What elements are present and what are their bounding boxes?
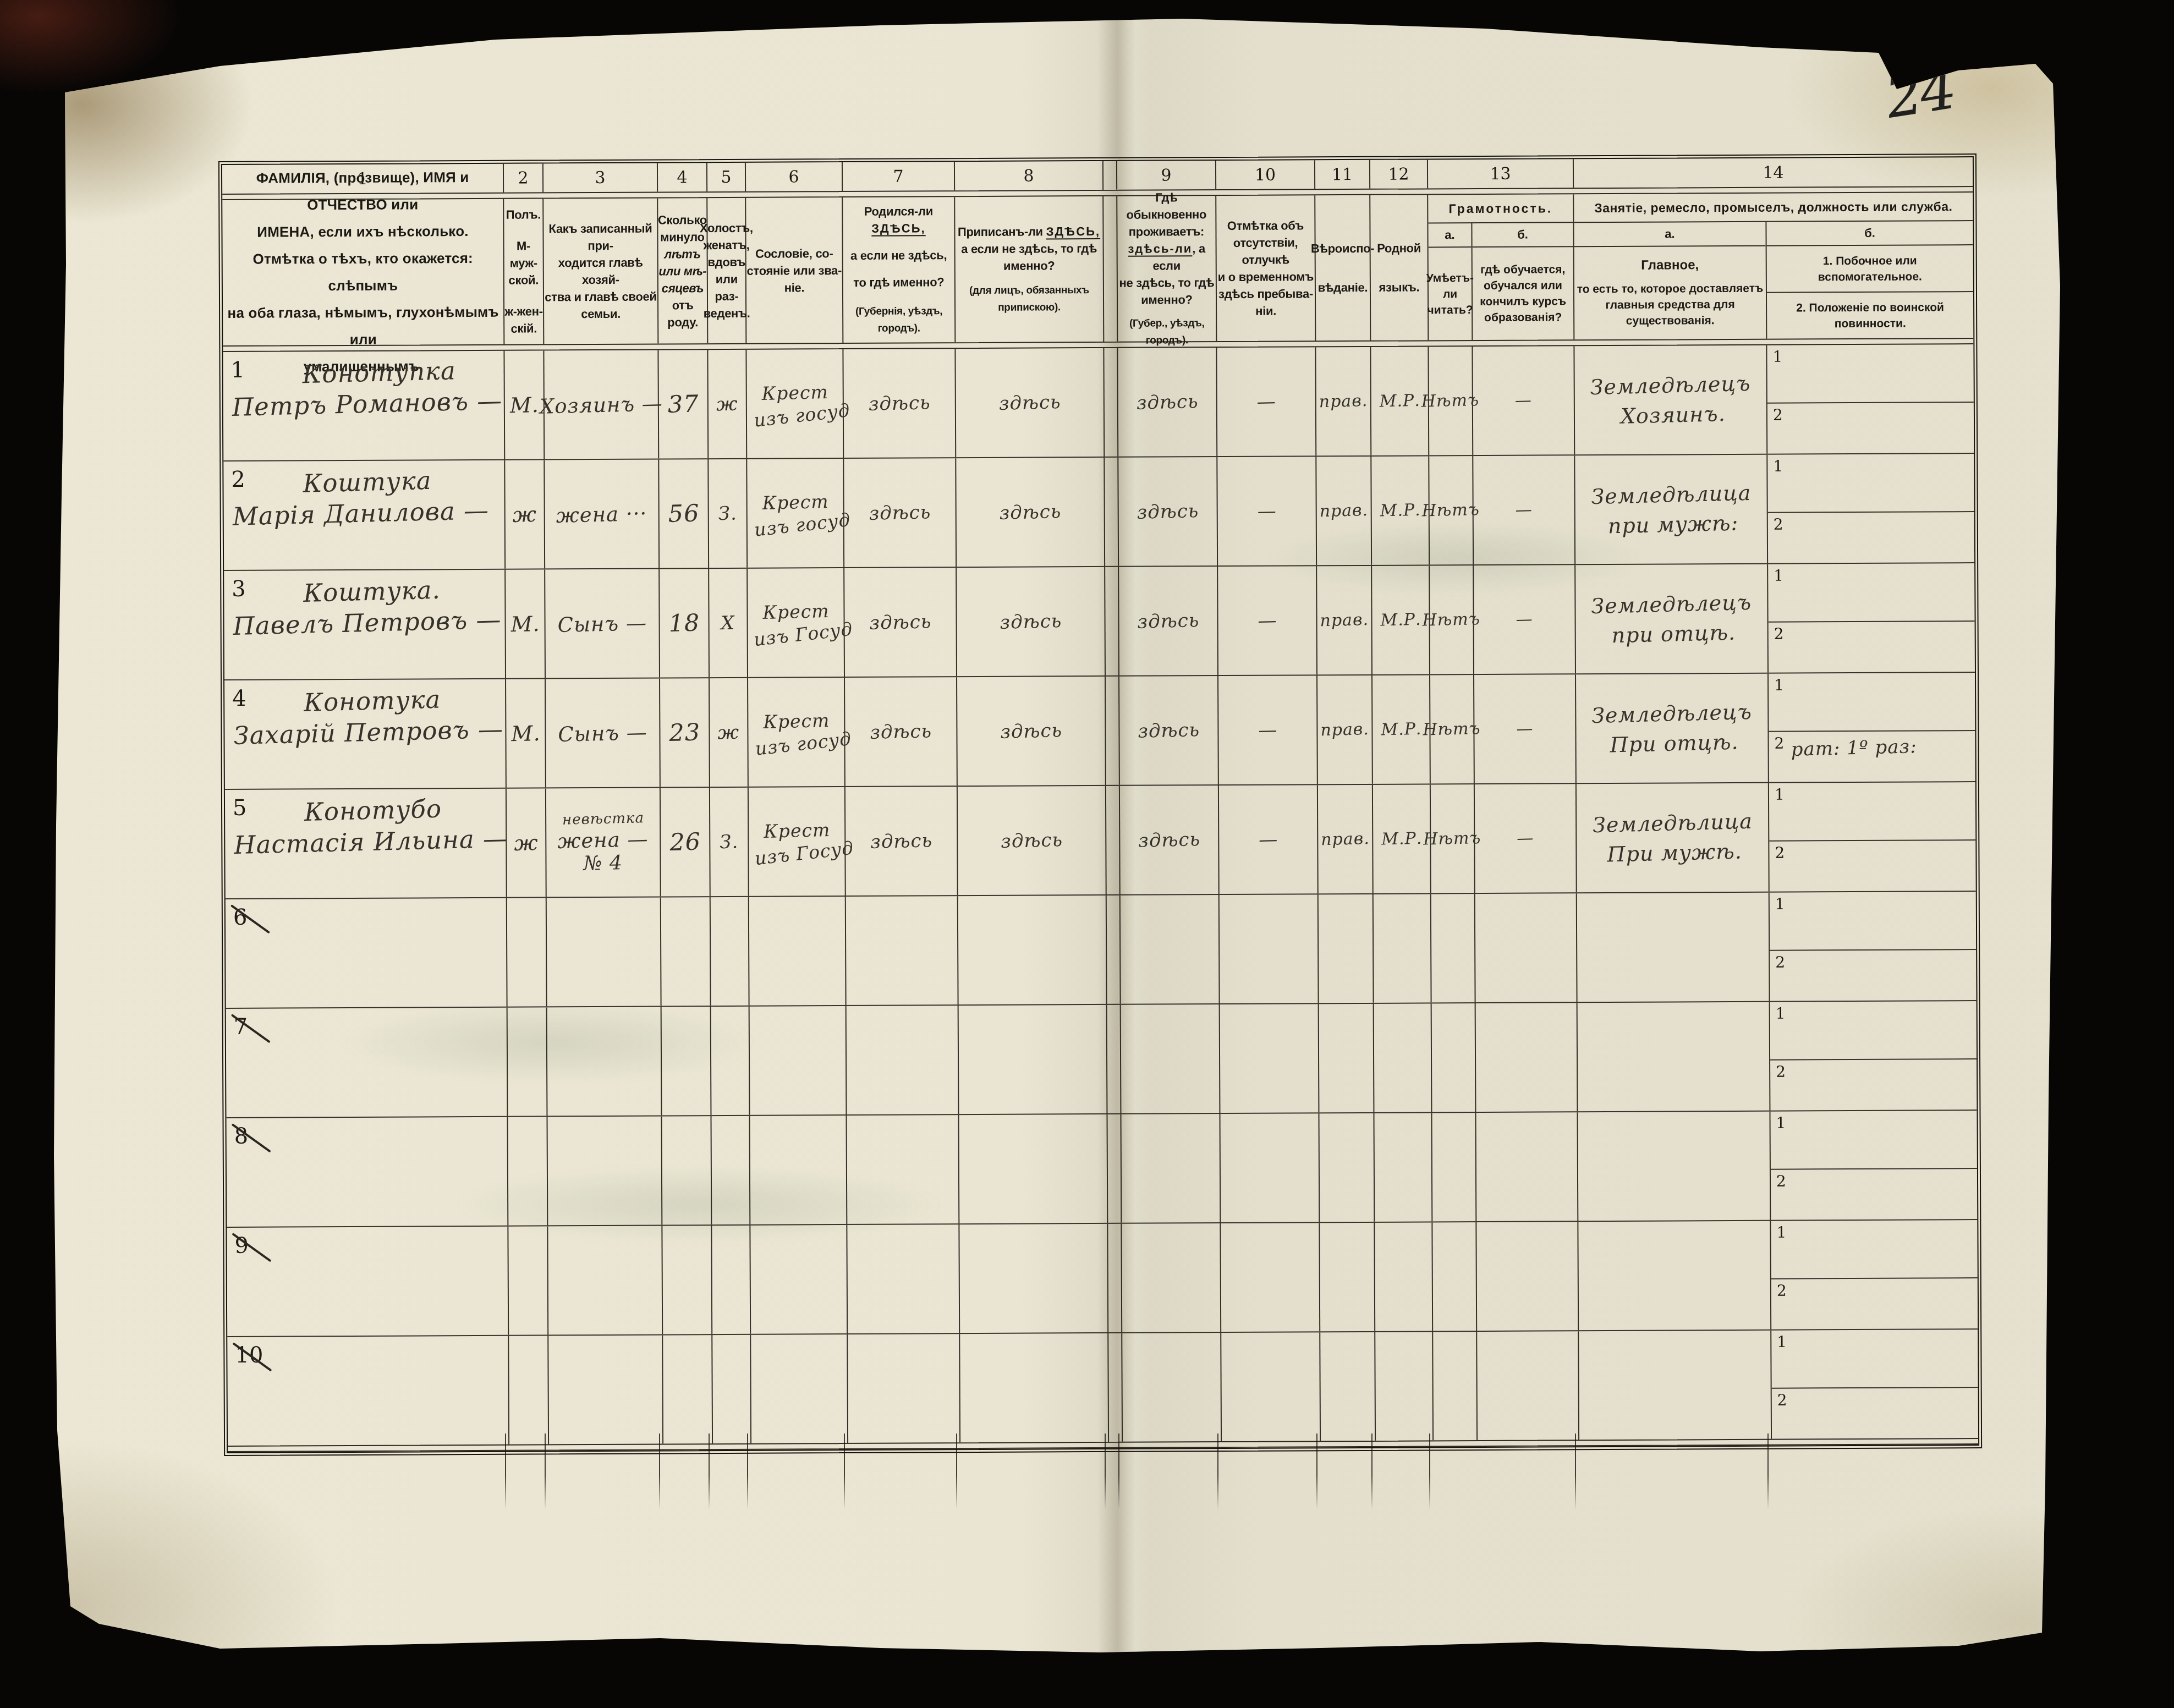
relation-cell: Хозяинъ — — [544, 350, 659, 459]
relation-cell — [548, 1335, 663, 1444]
education-cell: — — [1475, 784, 1577, 893]
absence-cell — [1220, 1113, 1320, 1222]
relation-cell — [548, 1226, 663, 1334]
absence-cell: — — [1217, 347, 1316, 456]
header-name-column: ФАМИЛІЯ, (прозвище), ИМЯ и ОТЧЕСТВО или … — [222, 199, 504, 345]
row-number: 5 — [233, 795, 247, 821]
person-cell: 5 Конотубо Настасія Ильина — — [225, 789, 507, 898]
registered-here-cell — [959, 1005, 1108, 1114]
born-here-cell — [847, 1224, 960, 1333]
person-cell: 9 — [227, 1227, 509, 1336]
age-cell — [661, 897, 711, 1006]
side-occupation-cell: 1 2 — [1770, 892, 1977, 1001]
faith-cell — [1319, 1004, 1375, 1112]
given-name-entry: Настасія Ильина — — [234, 823, 509, 860]
registered-here-cell — [960, 1333, 1109, 1442]
col-number: 7 — [843, 162, 955, 191]
can-read-cell: Нѣтъ — [1429, 456, 1474, 564]
registered-here-cell — [959, 1224, 1108, 1333]
table-row: 1 Конотупка Петръ Романовъ — М. Хозяинъ … — [223, 344, 1974, 460]
surname-entry: Конотубо — [304, 794, 442, 827]
side-occupation-cell: 1 2 — [1771, 1220, 1978, 1330]
marital-cell: Х — [709, 569, 748, 677]
military-status-sub2: 2 — [1769, 622, 1975, 672]
education-cell: — — [1473, 455, 1575, 564]
relation-cell — [547, 1116, 662, 1225]
col-number: 8 — [955, 161, 1104, 190]
marital-cell: ж — [708, 350, 747, 458]
fold-gutter — [1107, 1114, 1122, 1223]
born-here-cell — [847, 1006, 959, 1114]
can-read-cell — [1432, 1222, 1477, 1331]
military-status-sub2: 2 — [1770, 1059, 1977, 1110]
fold-gutter — [1104, 348, 1118, 457]
row-number: 3 — [232, 576, 246, 602]
side-occupation-sub1: 1 — [1770, 892, 1976, 951]
sex-cell — [508, 1226, 548, 1334]
surname-entry: Конотупка — [302, 356, 456, 389]
side-occupation-sub1: 1 — [1770, 1001, 1977, 1061]
age-cell: 18 — [660, 569, 710, 677]
can-read-cell: Нѣтъ — [1429, 347, 1473, 455]
age-cell — [662, 1116, 712, 1224]
residence-cell — [1121, 1114, 1221, 1223]
person-cell: 8 — [226, 1117, 508, 1227]
residence-cell — [1121, 1004, 1221, 1113]
can-read-cell: Нѣтъ — [1430, 675, 1475, 783]
relation-cell: Сынъ — — [545, 569, 660, 678]
main-occupation-cell — [1577, 893, 1770, 1002]
age-cell: 26 — [661, 788, 711, 896]
fold-gutter — [1107, 1005, 1122, 1113]
surname-entry: Коштука — [303, 466, 432, 498]
faith-cell: прав. — [1317, 675, 1373, 784]
marital-cell — [711, 1007, 750, 1115]
col-number: 4 — [658, 163, 707, 191]
header-residence: Гдѣ обыкновенно проживаетъ: здѣсь-ли, а … — [1117, 196, 1217, 342]
can-read-cell — [1431, 894, 1476, 1002]
table-row: 6 — [226, 891, 1977, 1008]
given-name-entry: Захарій Петровъ — — [233, 715, 504, 750]
faith-cell — [1320, 1223, 1375, 1331]
born-here-cell: здѣсь — [844, 458, 957, 567]
registered-here-cell: здѣсь — [957, 567, 1106, 676]
absence-cell: — — [1219, 785, 1319, 894]
fold-gutter — [1105, 567, 1119, 675]
col-number: 11 — [1315, 160, 1370, 189]
main-occupation-cell: Земледѣлица при мужѣ: — [1575, 455, 1768, 564]
relation-cell: невѣстка жена — № 4 — [546, 788, 661, 897]
relation-cell — [547, 897, 662, 1006]
age-cell — [663, 1335, 713, 1443]
residence-cell — [1121, 895, 1220, 1004]
estate-cell: Крест изъ госуд — [748, 678, 846, 787]
residence-cell — [1122, 1333, 1222, 1442]
header-literacy-group: Грамотность. а. Умѣетъ- ли читать? б. — [1428, 194, 1574, 340]
language-cell — [1374, 1003, 1432, 1112]
fold-gutter — [1105, 458, 1119, 566]
surname-entry: Конотука — [304, 685, 441, 717]
faith-cell — [1319, 894, 1374, 1003]
side-occupation-cell: 1 2 — [1771, 1330, 1978, 1439]
header-literacy-b: б. гдѣ обучается, обучался или кончилъ к… — [1472, 223, 1573, 340]
education-cell — [1477, 1331, 1579, 1440]
header-marital: Холостъ, женатъ, вдовъ или раз- веденъ. — [707, 198, 746, 343]
census-table: 1 2 3 4 5 6 7 8 9 10 11 12 13 14 ФАМИЛІ — [218, 153, 1982, 1456]
table-row: 4 Конотука Захарій Петровъ — М. Сынъ — 2… — [224, 672, 1975, 789]
age-cell — [662, 1007, 712, 1115]
residence-cell: здѣсь — [1119, 567, 1218, 675]
table-row: 10 — [227, 1328, 1978, 1446]
military-status-sub2: 2 — [1771, 1169, 1977, 1220]
sex-cell: М. — [506, 679, 546, 787]
main-occupation-cell — [1578, 1221, 1771, 1331]
military-status-sub2: 2 — [1771, 1278, 1978, 1329]
main-occupation-cell — [1578, 1002, 1771, 1112]
header-occupation-b: б. 1. Побочное или вспомогательное. 2. П… — [1766, 221, 1973, 339]
residence-cell — [1122, 1223, 1221, 1332]
side-occupation-sub1: 1 — [1767, 344, 1973, 404]
can-read-cell — [1432, 1003, 1476, 1112]
faith-cell — [1319, 1113, 1375, 1222]
born-here-cell — [846, 896, 959, 1005]
header-literacy-a: а. Умѣетъ- ли читать? — [1428, 223, 1473, 340]
can-read-cell: Нѣтъ — [1431, 784, 1475, 893]
fold-gutter — [1106, 786, 1121, 894]
residence-cell: здѣсь — [1120, 786, 1220, 894]
born-here-cell: здѣсь — [844, 568, 957, 677]
side-occupation-cell: 1 2 рат: 1º раз: — [1769, 673, 1975, 782]
estate-cell: Крест изъ госуд — [746, 349, 844, 458]
fold-gutter — [1104, 161, 1117, 190]
education-cell: — — [1474, 674, 1577, 783]
relation-cell: жена ··· — [545, 459, 660, 568]
fold-gutter — [1107, 896, 1121, 1004]
scanned-census-sheet: 24 1 2 3 4 5 6 7 8 9 10 11 12 13 14 — [0, 0, 2174, 1708]
hanging-column-lines — [224, 1434, 1975, 1509]
table-row: 7 — [226, 1000, 1977, 1117]
sex-cell — [508, 1007, 548, 1116]
person-cell: 2 Коштука Марія Данилова — — [223, 460, 506, 570]
main-occupation-cell: Земледѣлецъ При отцѣ. — [1576, 674, 1769, 783]
header-absence-note: Отмѣтка объ отсутствіи, отлучкѣ и о врем… — [1216, 195, 1316, 341]
sex-cell — [507, 898, 547, 1006]
table-row: 9 — [227, 1219, 1978, 1336]
marital-cell — [711, 1116, 750, 1224]
estate-cell — [750, 1225, 848, 1334]
person-cell: 7 — [226, 1008, 508, 1117]
side-occupation-sub1: 1 — [1771, 1330, 1978, 1389]
estate-cell — [750, 1006, 847, 1115]
military-status-sub2: 2 — [1769, 841, 1975, 891]
estate-cell: Крест изъ Госуд — [749, 787, 846, 896]
age-cell: 56 — [659, 459, 709, 568]
language-cell: М.Р. — [1373, 675, 1431, 783]
main-occupation-cell: Земледѣлецъ при отцѣ. — [1575, 564, 1769, 674]
table-row: 2 Коштука Марія Данилова — ж жена ··· 56… — [223, 453, 1974, 570]
absence-cell — [1221, 1332, 1321, 1441]
row-number: 4 — [232, 686, 246, 711]
marital-cell: З. — [710, 788, 749, 896]
faith-cell: прав. — [1318, 785, 1374, 893]
residence-cell: здѣсь — [1119, 676, 1219, 785]
header-occupation-group: Занятіе, ремесло, промыселъ, должность и… — [1574, 193, 1973, 339]
page-number: 24 — [1881, 54, 1959, 131]
estate-cell — [751, 1334, 848, 1443]
language-cell: М.Р. — [1371, 456, 1430, 564]
marital-cell: З. — [709, 459, 748, 568]
education-cell — [1476, 1112, 1578, 1221]
education-cell: — — [1474, 565, 1576, 674]
registered-here-cell: здѣсь — [956, 348, 1105, 457]
relation-cell — [547, 1007, 662, 1116]
col-number: 13 — [1428, 159, 1574, 188]
military-status-sub2: 2 — [1772, 1388, 1978, 1438]
faith-cell: прав. — [1316, 457, 1372, 565]
age-cell: 23 — [660, 678, 710, 787]
fold-gutter — [1106, 677, 1120, 785]
side-occupation-cell: 1 2 — [1770, 1111, 1977, 1220]
row-number: 1 — [230, 358, 245, 383]
main-occupation-cell — [1578, 1112, 1771, 1221]
side-occupation-sub1: 1 — [1767, 454, 1974, 513]
side-occupation-cell: 1 2 — [1767, 454, 1974, 563]
marital-cell — [712, 1335, 751, 1443]
born-here-cell — [848, 1334, 960, 1443]
sex-cell: ж — [507, 788, 547, 897]
header-faith: Вѣроиспо- вѣданіе. — [1315, 195, 1371, 340]
language-cell: М.Р. — [1372, 565, 1430, 674]
header-registered-here: Приписанъ-ли ЗДѢСЬ, а если не здѣсь, то … — [955, 196, 1104, 342]
military-status-sub2: 2 — [1768, 512, 1974, 563]
given-name-entry: Марія Данилова — — [232, 496, 490, 531]
residence-cell: здѣсь — [1118, 348, 1217, 457]
language-cell — [1375, 1222, 1433, 1331]
col-number: 9 — [1117, 161, 1216, 190]
side-occupation-sub1: 1 — [1769, 673, 1975, 732]
age-cell — [662, 1226, 712, 1334]
absence-cell: — — [1218, 566, 1317, 675]
side-occupation-sub1: 1 — [1771, 1220, 1977, 1279]
born-here-cell: здѣсь — [843, 349, 956, 458]
person-cell: 3 Коштука. Павелъ Петровъ — — [224, 570, 506, 679]
main-occupation-cell: Земледѣлецъ Хозяинъ. — [1574, 345, 1767, 455]
header-language: Родной языкъ. — [1370, 195, 1429, 340]
col-number: 12 — [1370, 160, 1428, 188]
faith-cell — [1320, 1332, 1376, 1441]
absence-cell — [1221, 1223, 1320, 1332]
header-estate: Сословіе, со- стояніе или зва- ніе. — [746, 197, 843, 343]
born-here-cell: здѣсь — [845, 677, 958, 786]
marital-cell: ж — [710, 678, 749, 787]
estate-cell — [750, 1116, 847, 1224]
side-occupation-sub1: 1 — [1770, 1111, 1977, 1170]
sex-cell — [509, 1336, 549, 1444]
side-occupation-cell: 1 2 — [1767, 344, 1974, 454]
education-cell — [1476, 1003, 1578, 1112]
fold-gutter — [1104, 196, 1118, 342]
header-sex: Полъ. М-муж- ской. ж-жен- скій. — [504, 199, 544, 344]
residence-cell: здѣсь — [1118, 457, 1218, 566]
table-row: 5 Конотубо Настасія Ильина — ж невѣстка … — [225, 781, 1976, 898]
registered-here-cell: здѣсь — [957, 677, 1106, 786]
estate-cell: Крест изъ госуд — [747, 459, 844, 568]
header-relation: Какъ записанный при- ходится главѣ хозяй… — [543, 198, 658, 344]
row-number: 2 — [231, 467, 245, 492]
absence-cell: — — [1218, 675, 1318, 784]
sex-cell: М. — [504, 350, 545, 459]
faith-cell: прав. — [1316, 347, 1371, 455]
fold-gutter — [1108, 1224, 1122, 1332]
side-occupation-cell: 1 2 — [1768, 563, 1975, 673]
language-cell — [1374, 894, 1432, 1002]
born-here-cell: здѣсь — [846, 787, 958, 896]
col-number: 3 — [543, 163, 658, 192]
marital-cell — [711, 897, 750, 1006]
military-status-sub2: 2 — [1770, 950, 1976, 1001]
registered-here-cell — [959, 1114, 1108, 1223]
person-cell: 1 Конотупка Петръ Романовъ — — [223, 351, 505, 460]
education-cell: — — [1473, 346, 1575, 455]
can-read-cell — [1433, 1332, 1478, 1440]
side-occupation-cell: 1 2 — [1770, 1001, 1977, 1111]
paper: 24 1 2 3 4 5 6 7 8 9 10 11 12 13 14 — [0, 0, 2174, 1708]
header-row: ФАМИЛІЯ, (прозвище), ИМЯ и ОТЧЕСТВО или … — [222, 193, 1973, 345]
main-occupation-cell — [1579, 1331, 1772, 1440]
education-cell — [1475, 893, 1578, 1002]
can-read-cell: Нѣтъ — [1430, 565, 1474, 674]
col-number: 5 — [707, 163, 746, 191]
fold-gutter — [1108, 1333, 1123, 1442]
side-occupation-sub1: 1 — [1768, 563, 1974, 623]
language-cell — [1374, 1113, 1432, 1221]
col-number: 2 — [504, 163, 543, 192]
table-row: 3 Коштука. Павелъ Петровъ — М. Сынъ — 18… — [224, 562, 1975, 679]
age-cell: 37 — [658, 350, 709, 458]
surname-entry: Коштука. — [303, 575, 441, 608]
language-cell: М.Р. — [1371, 347, 1429, 455]
relation-cell: Сынъ — — [546, 678, 661, 787]
marital-cell — [712, 1226, 751, 1334]
language-cell: М.Р. — [1373, 784, 1431, 893]
side-occupation-sub1: 1 — [1769, 782, 1975, 842]
registered-here-cell — [958, 896, 1107, 1004]
absence-cell: — — [1217, 457, 1317, 565]
absence-cell — [1220, 894, 1319, 1003]
faith-cell: прав. — [1317, 566, 1373, 674]
header-born-here: Родился-ли ЗДѢСЬ, а если не здѣсь, то гд… — [843, 197, 956, 343]
header-occupation-a: а. Главное, то есть то, которое доставля… — [1574, 222, 1767, 340]
registered-here-cell: здѣсь — [956, 458, 1105, 567]
military-status-sub2: 2 рат: 1º раз: — [1769, 731, 1975, 782]
person-cell: 6 — [226, 898, 508, 1008]
education-cell — [1476, 1222, 1579, 1331]
registered-here-cell: здѣсь — [958, 786, 1107, 895]
table-body: 1 Конотупка Петръ Романовъ — М. Хозяинъ … — [223, 344, 1978, 1446]
absence-cell — [1220, 1004, 1320, 1113]
military-status-sub2: 2 — [1767, 403, 1974, 453]
given-name-entry: Петръ Романовъ — — [232, 386, 503, 422]
col-number: 10 — [1216, 160, 1315, 189]
col-number: 6 — [746, 162, 843, 191]
estate-cell: Крест изъ Госуд — [748, 568, 845, 677]
born-here-cell — [847, 1115, 959, 1224]
person-cell: 4 Конотука Захарій Петровъ — — [224, 679, 507, 789]
sex-cell: ж — [505, 460, 545, 568]
language-cell — [1375, 1332, 1434, 1440]
person-cell: 10 — [227, 1336, 509, 1446]
col-number: 14 — [1574, 157, 1973, 188]
sex-cell: М. — [506, 569, 546, 678]
table-row: 8 — [226, 1110, 1977, 1227]
sex-cell — [508, 1117, 548, 1225]
main-occupation-cell: Земледѣлица При мужѣ. — [1577, 783, 1770, 893]
side-occupation-cell: 1 2 — [1769, 782, 1976, 892]
estate-cell — [749, 897, 847, 1006]
can-read-cell — [1432, 1113, 1476, 1221]
given-name-entry: Павелъ Петровъ — — [233, 605, 502, 641]
